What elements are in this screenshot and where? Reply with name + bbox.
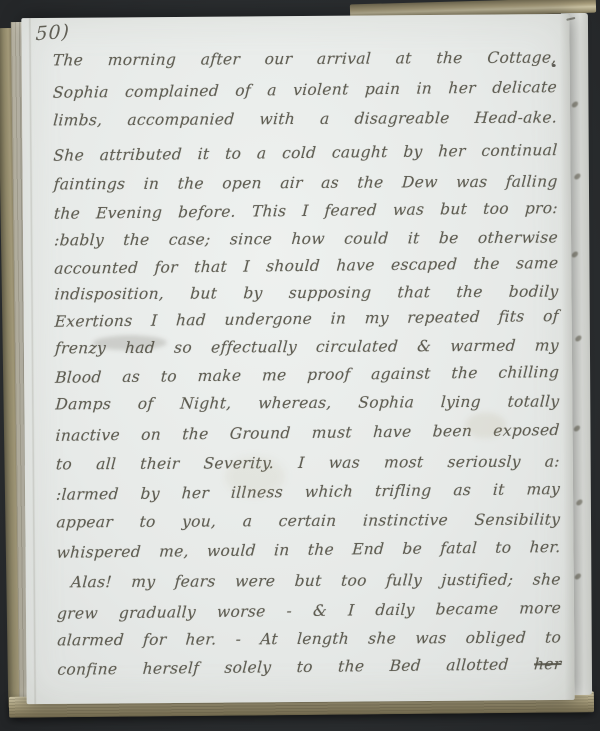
ink-fragment [574, 572, 582, 581]
manuscript-line-text: confine herself solely to the Bed allott… [57, 656, 509, 679]
page-number: 50) [35, 21, 70, 46]
manuscript-line: faintings in the open air as the Dew was… [53, 170, 558, 197]
manuscript-line: :bably the case; since how could it be o… [53, 226, 558, 253]
manuscript-line: to all their Severity. I was most seriou… [55, 450, 560, 477]
manuscript-line: accounted for that I should have escaped… [54, 252, 559, 282]
manuscript-page: 50) The morning after our arrival at the… [21, 14, 574, 704]
ink-fragment [573, 424, 581, 433]
manuscript-line: indisposition, but by supposing that the… [54, 280, 559, 307]
ink-fragment [571, 250, 579, 259]
manuscript-line: :larmed by her illness which trifling as… [55, 478, 560, 508]
manuscript-line: The morning after our arrival at the Cot… [52, 46, 557, 73]
manuscript-line: grew gradually worse - & I daily became … [56, 597, 561, 627]
manuscript-line: whispered me, would in the End be fatal … [56, 536, 561, 566]
ink-fragment [573, 172, 581, 181]
manuscript-line: Exertions I had undergone in my repeated… [54, 305, 559, 335]
manuscript-line: appear to you, a certain instinctive Sen… [56, 508, 561, 535]
ink-speck [552, 64, 556, 67]
manuscript-line: Blood as to make me proof against the ch… [54, 361, 559, 391]
manuscript-line: alarmed for her. - At length she was obl… [56, 626, 561, 653]
manuscript-line: She attributed it to a cold caught by he… [53, 139, 558, 169]
ink-fragment [574, 334, 582, 343]
manuscript-line: confine herself solely to the Bed allott… [57, 653, 562, 683]
manuscript-line: the Evening before. This I feared was bu… [53, 197, 558, 227]
ink-fragment [575, 498, 583, 507]
struck-out-word: her [534, 655, 563, 673]
manuscript-line: limbs, accompanied with a disagreable He… [52, 106, 557, 133]
ink-fragment [571, 100, 579, 109]
manuscript-line: Alas! my fears were but too fully justif… [70, 568, 561, 595]
photo-background: 50) The morning after our arrival at the… [0, 0, 600, 731]
manuscript-line: Sophia complained of a violent pain in h… [52, 76, 557, 106]
